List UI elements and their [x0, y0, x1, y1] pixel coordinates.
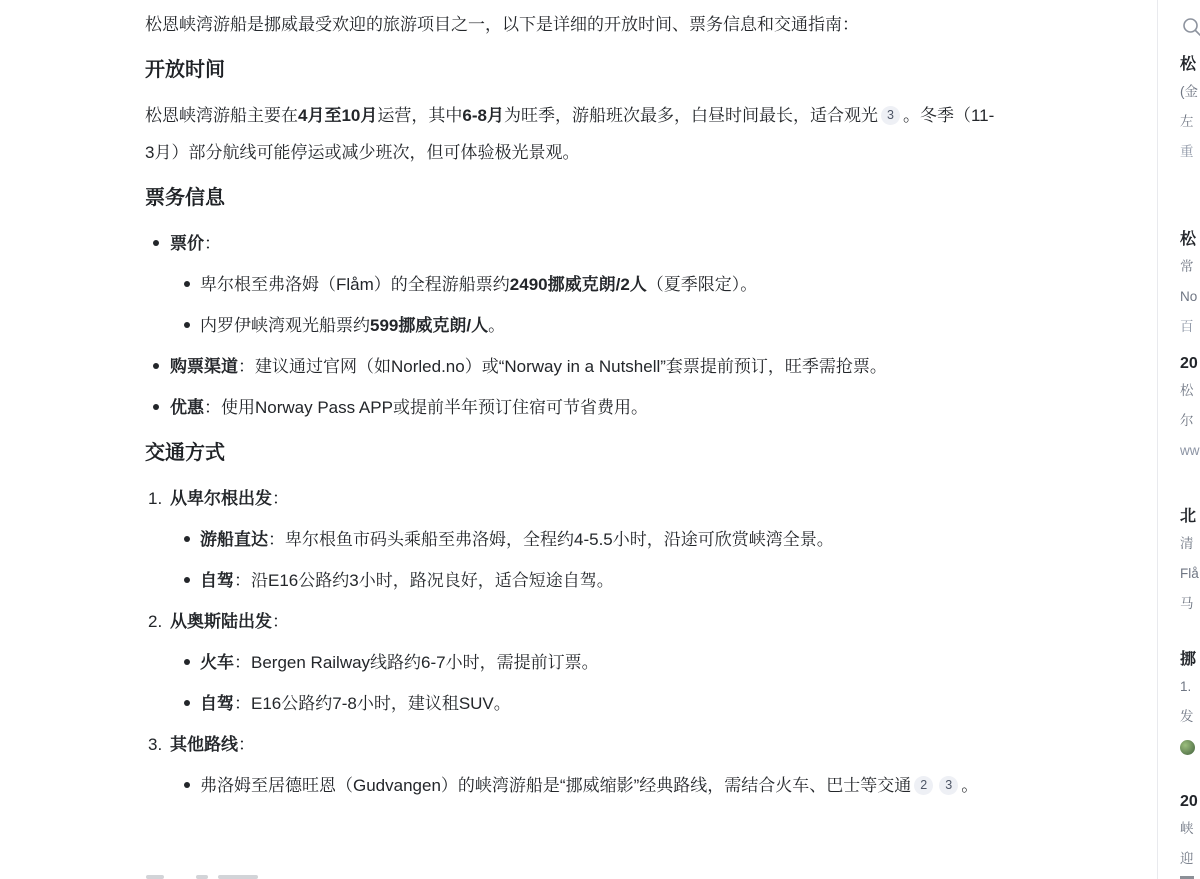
text-run: ：使用Norway Pass APP或提前半年预订住宿可节省费用。 — [204, 398, 648, 417]
list-item: 内罗伊峡湾观光船票约599挪威克朗/人。 — [145, 307, 1003, 344]
text-run: 弗洛姆至居德旺恩（Gudvangen）的峡湾游船是“挪威缩影”经典路线，需结合火… — [200, 776, 911, 795]
bold-text: 购票渠道 — [170, 357, 238, 376]
bold-text: 从奥斯陆出发 — [170, 612, 272, 631]
list-item-text: 从卑尔根出发： — [170, 480, 289, 517]
assistant-message: 松恩峡湾游船是挪威最受欢迎的旅游项目之一，以下是详细的开放时间、票务信息和交通指… — [145, 0, 1003, 814]
list-number: 2. — [148, 603, 170, 640]
result-snippet: No — [1180, 282, 1200, 312]
list-item: 2.从奥斯陆出发： — [145, 603, 1003, 640]
list-item-text: 游船直达：卑尔根鱼市码头乘船至弗洛姆，全程约4-5.5小时，沿途可欣赏峡湾全景。 — [200, 521, 1003, 558]
result-source-link[interactable]: 重 — [1180, 137, 1200, 167]
bullet-dot — [184, 281, 190, 287]
bold-text: 2490挪威克朗/2人 — [510, 275, 647, 294]
list-item-text: 卑尔根至弗洛姆（Flåm）的全程游船票约2490挪威克朗/2人（夏季限定）。 — [200, 266, 1003, 303]
text-run: 卑尔根至弗洛姆（Flåm）的全程游船票约 — [200, 275, 510, 294]
list-number: 1. — [148, 480, 170, 517]
result-title[interactable]: 挪 — [1180, 648, 1200, 672]
search-result[interactable]: 松 (金 左 重 — [1180, 53, 1200, 167]
bullet-dot — [184, 577, 190, 583]
text-run: ：卑尔根鱼市码头乘船至弗洛姆，全程约4-5.5小时，沿途可欣赏峡湾全景。 — [268, 530, 834, 549]
search-result[interactable]: 松 常 No 百 — [1180, 228, 1200, 342]
list-item: 3.其他路线： — [145, 726, 1003, 763]
list-item-text: 优惠：使用Norway Pass APP或提前半年预订住宿可节省费用。 — [170, 389, 1003, 426]
list-item: 票价： — [145, 225, 1003, 262]
bullet-dot — [184, 700, 190, 706]
text-run: ： — [272, 612, 289, 631]
result-snippet: 尔 — [1180, 406, 1200, 436]
intro-paragraph: 松恩峡湾游船是挪威最受欢迎的旅游项目之一，以下是详细的开放时间、票务信息和交通指… — [145, 6, 1003, 43]
text-run: 松恩峡湾游船主要在 — [145, 106, 298, 125]
list-item: 游船直达：卑尔根鱼市码头乘船至弗洛姆，全程约4-5.5小时，沿途可欣赏峡湾全景。 — [145, 521, 1003, 558]
result-snippet: 峡 — [1180, 814, 1200, 844]
text-run: 内罗伊峡湾观光船票约 — [200, 316, 370, 335]
text-run: 运营，其中 — [377, 106, 462, 125]
search-result[interactable]: 20 峡 迎 — [1180, 790, 1200, 874]
bold-text: 4月至10月 — [298, 106, 377, 125]
result-snippet: 马 — [1180, 589, 1200, 619]
bold-text: 自驾 — [200, 694, 234, 713]
result-title[interactable]: 20 — [1180, 790, 1200, 814]
text-run: ：Bergen Railway线路约6-7小时，需提前订票。 — [234, 653, 599, 672]
list-item: 弗洛姆至居德旺恩（Gudvangen）的峡湾游船是“挪威缩影”经典路线，需结合火… — [145, 767, 1003, 804]
text-run: （夏季限定）。 — [647, 275, 758, 294]
result-snippet: (金 — [1180, 77, 1200, 107]
bold-text: 优惠 — [170, 398, 204, 417]
search-result[interactable]: 挪 1. 发 — [1180, 648, 1200, 755]
bold-text: 票价 — [170, 234, 204, 253]
search-result[interactable]: 20 松 尔 ww — [1180, 352, 1200, 466]
list-item: 火车：Bergen Railway线路约6-7小时，需提前订票。 — [145, 644, 1003, 681]
text-run: ：E16公路约7-8小时，建议租SUV。 — [234, 694, 511, 713]
result-title[interactable]: 松 — [1180, 53, 1200, 77]
result-snippet: 左 — [1180, 107, 1200, 137]
bold-text: 火车 — [200, 653, 234, 672]
transport-list: 1.从卑尔根出发： 游船直达：卑尔根鱼市码头乘船至弗洛姆，全程约4-5.5小时，… — [145, 480, 1003, 804]
result-snippet: 发 — [1180, 702, 1200, 732]
section-heading-tickets: 票务信息 — [145, 183, 1003, 213]
citation-badge[interactable]: 3 — [939, 776, 958, 795]
result-snippet: Flå — [1180, 559, 1200, 589]
text-run: ： — [238, 735, 255, 754]
bold-text: 其他路线 — [170, 735, 238, 754]
bullet-dot — [153, 404, 159, 410]
clipped-text-fragment — [218, 875, 258, 879]
result-snippet: 迎 — [1180, 844, 1200, 874]
text-run: ：沿E16公路约3小时，路况良好，适合短途自驾。 — [234, 571, 614, 590]
list-number: 3. — [148, 726, 170, 763]
text-run: ： — [272, 489, 289, 508]
list-item-text: 其他路线： — [170, 726, 255, 763]
search-results-panel: 松 (金 左 重 松 常 No 百 20 松 尔 ww 北 清 Flå 马 挪 … — [1158, 0, 1200, 879]
search-result[interactable]: 北 清 Flå 马 — [1180, 505, 1200, 619]
bold-text: 599挪威克朗/人 — [370, 316, 488, 335]
bold-text: 自驾 — [200, 571, 234, 590]
list-item-text: 自驾：E16公路约7-8小时，建议租SUV。 — [200, 685, 1003, 722]
bullet-dot — [184, 782, 190, 788]
section-heading-open-hours: 开放时间 — [145, 55, 1003, 85]
list-item-text: 内罗伊峡湾观光船票约599挪威克朗/人。 — [200, 307, 1003, 344]
clipped-text-fragment — [146, 875, 164, 879]
text-run: 为旺季，游船班次最多，白昼时间最长，适合观光 — [504, 106, 878, 125]
citation-badge[interactable]: 3 — [881, 106, 900, 125]
list-item: 卑尔根至弗洛姆（Flåm）的全程游船票约2490挪威克朗/2人（夏季限定）。 — [145, 266, 1003, 303]
bullet-dot — [184, 536, 190, 542]
source-favicon — [1180, 740, 1195, 755]
result-snippet: 松 — [1180, 376, 1200, 406]
result-source-link[interactable]: ww — [1180, 436, 1200, 466]
text-run: 。 — [961, 776, 978, 795]
text-run: ： — [204, 234, 221, 253]
result-title[interactable]: 北 — [1180, 505, 1200, 529]
open-hours-paragraph: 松恩峡湾游船主要在4月至10月运营，其中6-8月为旺季，游船班次最多，白昼时间最… — [145, 97, 1003, 171]
ticket-info-list: 票价： 卑尔根至弗洛姆（Flåm）的全程游船票约2490挪威克朗/2人（夏季限定… — [145, 225, 1003, 426]
search-icon — [1182, 17, 1200, 37]
list-item: 购票渠道：建议通过官网（如Norled.no）或“Norway in a Nut… — [145, 348, 1003, 385]
bold-text: 6-8月 — [462, 106, 504, 125]
result-source-link[interactable]: 百 — [1180, 312, 1200, 342]
bold-text: 从卑尔根出发 — [170, 489, 272, 508]
list-item: 优惠：使用Norway Pass APP或提前半年预订住宿可节省费用。 — [145, 389, 1003, 426]
bullet-dot — [184, 322, 190, 328]
result-snippet: 1. — [1180, 672, 1200, 702]
list-item-text: 自驾：沿E16公路约3小时，路况良好，适合短途自驾。 — [200, 562, 1003, 599]
list-item: 1.从卑尔根出发： — [145, 480, 1003, 517]
list-item-text: 火车：Bergen Railway线路约6-7小时，需提前订票。 — [200, 644, 1003, 681]
bullet-dot — [153, 240, 159, 246]
text-run: 松恩峡湾游船是挪威最受欢迎的旅游项目之一，以下是详细的开放时间、票务信息和交通指… — [145, 15, 859, 34]
text-run: ：建议通过官网（如Norled.no）或“Norway in a Nutshel… — [238, 357, 887, 376]
list-item: 自驾：沿E16公路约3小时，路况良好，适合短途自驾。 — [145, 562, 1003, 599]
citation-badge[interactable]: 2 — [914, 776, 933, 795]
bullet-dot — [184, 659, 190, 665]
result-title[interactable]: 20 — [1180, 352, 1200, 376]
list-item-text: 从奥斯陆出发： — [170, 603, 289, 640]
result-snippet: 清 — [1180, 529, 1200, 559]
list-item: 自驾：E16公路约7-8小时，建议租SUV。 — [145, 685, 1003, 722]
clipped-text-fragment — [196, 875, 208, 879]
bold-text: 游船直达 — [200, 530, 268, 549]
section-heading-transport: 交通方式 — [145, 438, 1003, 468]
list-item-text: 弗洛姆至居德旺恩（Gudvangen）的峡湾游船是“挪威缩影”经典路线，需结合火… — [200, 767, 1003, 804]
list-item-text: 购票渠道：建议通过官网（如Norled.no）或“Norway in a Nut… — [170, 348, 1003, 385]
bullet-dot — [153, 363, 159, 369]
result-title[interactable]: 松 — [1180, 228, 1200, 252]
list-item-text: 票价： — [170, 225, 1003, 262]
text-run: 。 — [488, 316, 505, 335]
result-snippet: 常 — [1180, 252, 1200, 282]
